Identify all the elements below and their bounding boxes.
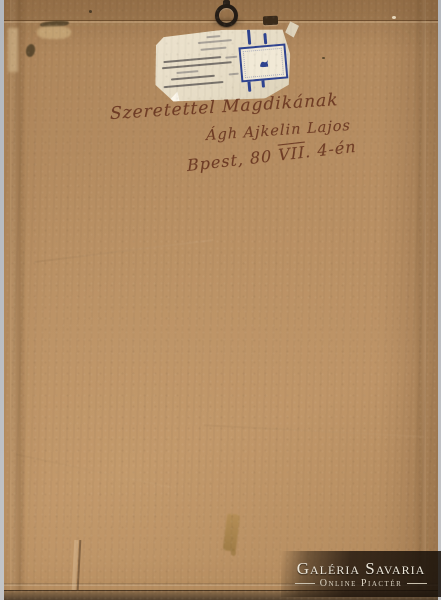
watermark-dash-right [407,583,427,584]
frame-slot-hole [263,16,278,26]
stamp-emblem-icon [256,55,271,70]
speck [322,57,325,59]
speck [392,16,396,19]
label-microtext [198,39,232,44]
paper-crease [35,239,214,263]
speck [89,10,92,13]
label-microtext [162,61,232,69]
watermark-subtitle-row: Online Piactér [295,579,428,589]
label-microtext [206,35,220,38]
paper-tear-highlight [37,26,71,39]
gallery-watermark: Galéria Savaria Online Piactér [281,551,441,597]
watermark-title: Galéria Savaria [297,560,426,577]
torn-paper-bit [284,21,299,38]
label-microtext [164,81,224,89]
watermark-dash-left [295,583,315,584]
date-month-roman: VII [278,143,306,165]
photo-of-picture-frame-back: Szeretettel Magdikának Ágh Ajkelin Lajos… [0,0,441,600]
date-day: . 4-én [305,137,357,162]
paper-fold-left [10,0,26,600]
label-microtext [176,70,198,74]
label-microtext [171,75,215,81]
kraft-paper-backing: Szeretettel Magdikának Ágh Ajkelin Lajos… [4,0,438,600]
blue-stamp-box [238,43,288,82]
paper-stain [223,513,240,551]
paper-tear [25,43,37,58]
label-microtext [229,73,239,75]
worn-edge [8,28,18,72]
paper-fold-right [414,0,426,600]
label-microtext [200,47,226,51]
stamp-mark [263,33,267,44]
paper-crease [16,453,173,488]
date-city-year: Bpest, 80 [187,146,279,175]
label-microtext [225,56,237,59]
watermark-subtitle: Online Piactér [320,579,403,589]
stamp-mark [247,29,251,44]
paper-crease [204,424,424,438]
hanging-ring [215,4,238,27]
paper-stain-dot [231,549,236,556]
